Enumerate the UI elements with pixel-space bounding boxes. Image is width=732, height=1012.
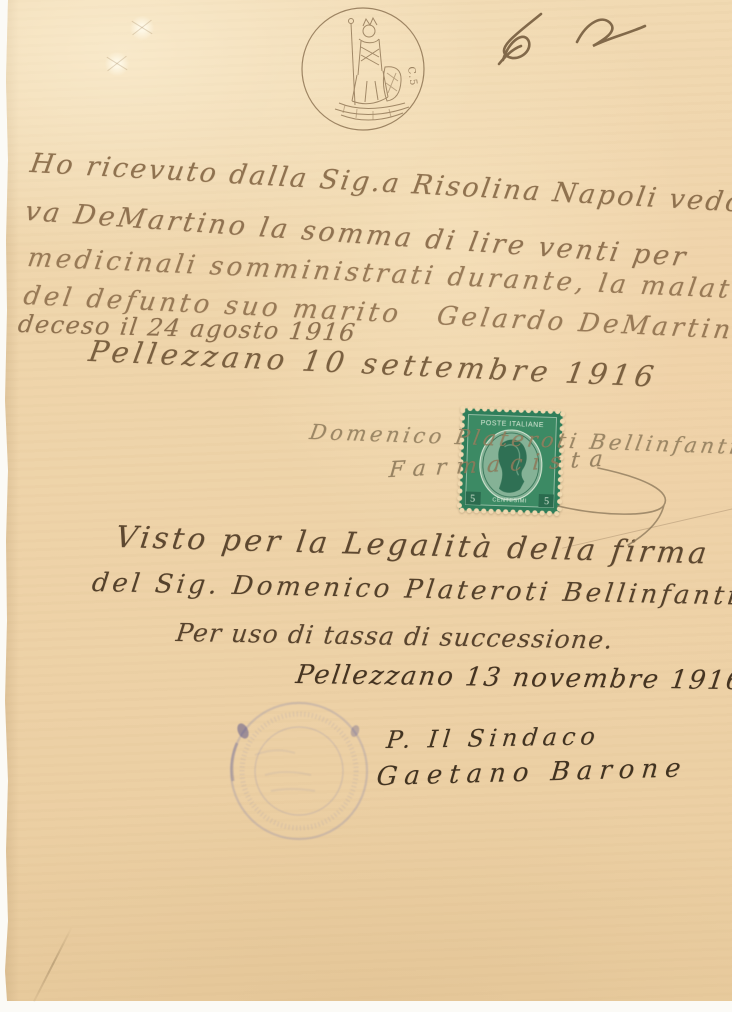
pen-marks (455, 2, 685, 77)
municipal-ink-stamp (215, 695, 385, 850)
signature-flourish (470, 440, 710, 560)
legalization-dateline: Pellezzano 13 novembre 1916 (294, 660, 732, 696)
seal-inscription: C.5 (405, 66, 419, 87)
document-scan: C.5 Ho ricevuto dalla Sig.a Risolina Nap… (0, 0, 732, 1012)
paper-crease (128, 14, 156, 42)
round-seal-icon: C.5 (295, 5, 435, 135)
paper-crease (103, 50, 131, 78)
mayor-signature-title: P. Il Sindaco (385, 722, 601, 754)
